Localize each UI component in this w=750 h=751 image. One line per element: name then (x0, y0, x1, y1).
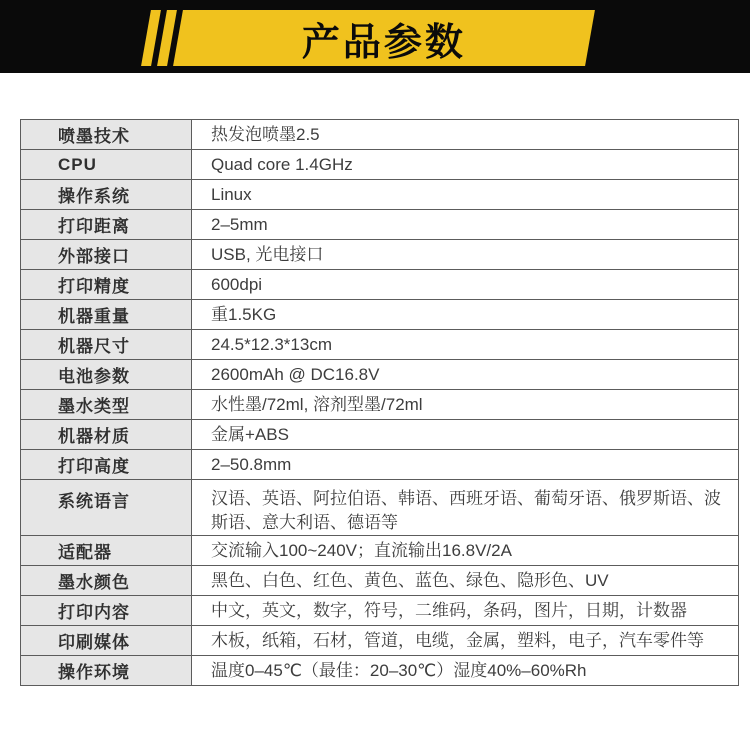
spec-table-row: 打印内容 中文，英文，数字，符号，二维码，条码，图片，日期，计数器 (21, 596, 739, 626)
spec-table-row: 墨水类型 水性墨/72ml, 溶剂型墨/72ml (21, 390, 739, 420)
spec-value: 汉语、英语、阿拉伯语、韩语、西班牙语、葡萄牙语、俄罗斯语、波斯语、意大利语、德语… (192, 480, 739, 536)
spec-label: 墨水颜色 (21, 566, 192, 596)
page-title: 产品参数 (302, 11, 466, 66)
spec-table-row: 机器尺寸 24.5*12.3*13cm (21, 330, 739, 360)
spec-label: 适配器 (21, 536, 192, 566)
spec-value: 交流输入100~240V；直流输出16.8V/2A (192, 536, 739, 566)
title-banner: 产品参数 (146, 10, 590, 66)
spec-label: 打印距离 (21, 210, 192, 240)
spec-value: 2600mAh @ DC16.8V (192, 360, 739, 390)
spec-value: 600dpi (192, 270, 739, 300)
spec-label: 喷墨技术 (21, 120, 192, 150)
spec-label: 电池参数 (21, 360, 192, 390)
spec-table: 喷墨技术 热发泡喷墨2.5 CPU Quad core 1.4GHz 操作系统 … (20, 119, 739, 686)
spec-table-row: 系统语言 汉语、英语、阿拉伯语、韩语、西班牙语、葡萄牙语、俄罗斯语、波斯语、意大… (21, 480, 739, 536)
spec-label: 系统语言 (21, 480, 192, 536)
spec-table-row: 印刷媒体 木板，纸箱，石材，管道，电缆，金属，塑料，电子，汽车零件等 (21, 626, 739, 656)
spec-value: 2–5mm (192, 210, 739, 240)
banner-plate: 产品参数 (173, 10, 595, 66)
spec-table-row: 喷墨技术 热发泡喷墨2.5 (21, 120, 739, 150)
spec-value: Linux (192, 180, 739, 210)
spec-label: 打印精度 (21, 270, 192, 300)
spec-label: 印刷媒体 (21, 626, 192, 656)
spec-label: 操作环境 (21, 656, 192, 686)
spec-value: Quad core 1.4GHz (192, 150, 739, 180)
spec-table-row: 操作系统 Linux (21, 180, 739, 210)
spec-value: 中文，英文，数字，符号，二维码，条码，图片，日期，计数器 (192, 596, 739, 626)
spec-label: 墨水类型 (21, 390, 192, 420)
spec-table-row: 操作环境 温度0–45℃（最佳：20–30℃）湿度40%–60%Rh (21, 656, 739, 686)
spec-value: 黑色、白色、红色、黄色、蓝色、绿色、隐形色、UV (192, 566, 739, 596)
spec-value: 2–50.8mm (192, 450, 739, 480)
spec-table-row: 机器材质 金属+ABS (21, 420, 739, 450)
spec-table-row: 机器重量 重1.5KG (21, 300, 739, 330)
spec-value: 重1.5KG (192, 300, 739, 330)
spec-label: 操作系统 (21, 180, 192, 210)
spec-label: 机器尺寸 (21, 330, 192, 360)
spec-value: 24.5*12.3*13cm (192, 330, 739, 360)
spec-label: 机器重量 (21, 300, 192, 330)
header-band: 产品参数 (0, 0, 750, 73)
spec-table-row: 电池参数 2600mAh @ DC16.8V (21, 360, 739, 390)
spec-table-row: 打印距离 2–5mm (21, 210, 739, 240)
spec-label: 外部接口 (21, 240, 192, 270)
spec-value: 木板，纸箱，石材，管道，电缆，金属，塑料，电子，汽车零件等 (192, 626, 739, 656)
spec-value: 水性墨/72ml, 溶剂型墨/72ml (192, 390, 739, 420)
spec-value: 温度0–45℃（最佳：20–30℃）湿度40%–60%Rh (192, 656, 739, 686)
spec-table-row: 墨水颜色 黑色、白色、红色、黄色、蓝色、绿色、隐形色、UV (21, 566, 739, 596)
spec-label: 机器材质 (21, 420, 192, 450)
spec-label: 打印内容 (21, 596, 192, 626)
spec-value: 热发泡喷墨2.5 (192, 120, 739, 150)
spec-value: USB, 光电接口 (192, 240, 739, 270)
spec-table-row: 适配器 交流输入100~240V；直流输出16.8V/2A (21, 536, 739, 566)
product-spec-page: 产品参数 喷墨技术 热发泡喷墨2.5 CPU Quad core 1.4GHz … (0, 0, 750, 751)
spec-label: CPU (21, 150, 192, 180)
spec-table-row: 外部接口 USB, 光电接口 (21, 240, 739, 270)
spec-value: 金属+ABS (192, 420, 739, 450)
spec-table-row: 打印高度 2–50.8mm (21, 450, 739, 480)
spec-table-row: CPU Quad core 1.4GHz (21, 150, 739, 180)
spec-label: 打印高度 (21, 450, 192, 480)
spec-table-row: 打印精度 600dpi (21, 270, 739, 300)
